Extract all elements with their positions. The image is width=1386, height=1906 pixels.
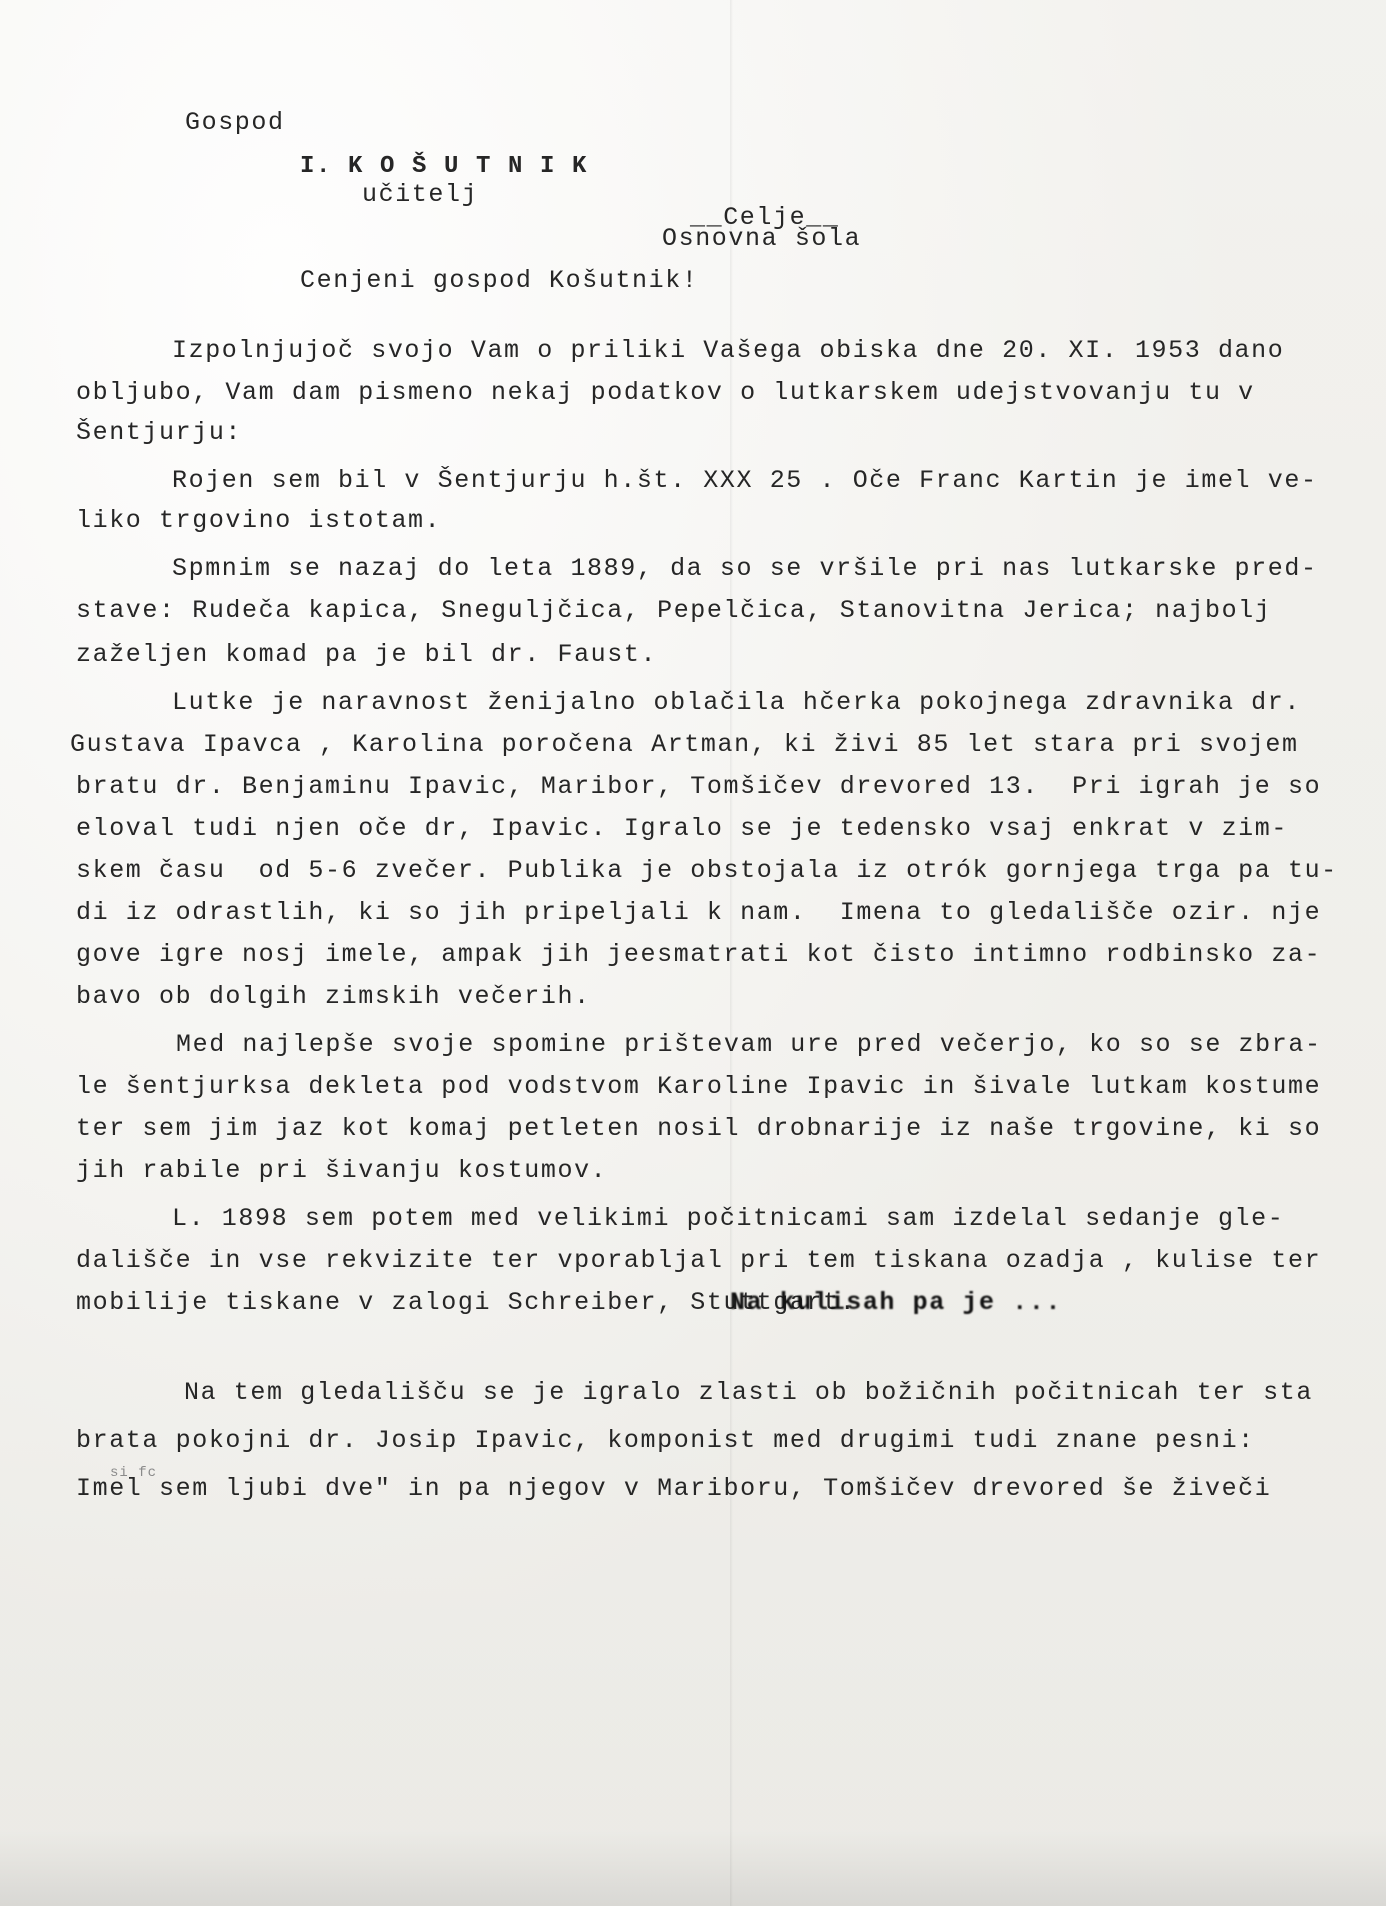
letter-line: eloval tudi njen oče dr, Ipavic. Igralo … — [76, 814, 1288, 844]
letter-line: Gustava Ipavca , Karolina poročena Artma… — [70, 730, 1299, 760]
letter-line: stave: Rudeča kapica, Sneguljčica, Pepel… — [76, 596, 1271, 626]
letter-line: dališče in vse rekvizite ter vporabljal … — [76, 1246, 1321, 1276]
letter-line: Na tem gledališču se je igralo zlasti ob… — [184, 1378, 1313, 1408]
letter-line: Izpolnjujoč svojo Vam o priliki Vašega o… — [172, 336, 1284, 366]
letter-line: Med najlepše svoje spomine prištevam ure… — [176, 1030, 1322, 1060]
salutation-label: Gospod — [185, 108, 285, 138]
letter-line: Imel sem ljubi dve" in pa njegov v Marib… — [76, 1474, 1271, 1504]
letter-line: di iz odrastlih, ki so jih pripeljali k … — [76, 898, 1321, 928]
letter-line: ter sem jim jaz kot komaj petleten nosil… — [76, 1114, 1321, 1144]
letter-line: obljubo, Vam dam pismeno nekaj podatkov … — [76, 378, 1255, 408]
letter-line: le šentjurksa dekleta pod vodstvom Karol… — [76, 1072, 1321, 1102]
letter-line: liko trgovino istotam. — [76, 506, 441, 536]
recipient-title: učitelj — [362, 180, 478, 210]
greeting: Cenjeni gospod Košutnik! — [300, 266, 698, 296]
letter-line: skem času od 5-6 zvečer. Publika je obst… — [76, 856, 1338, 886]
recipient-institution: Osnovna šola — [662, 224, 861, 254]
letter-line: bratu dr. Benjaminu Ipavic, Maribor, Tom… — [76, 772, 1321, 802]
letter-line: L. 1898 sem potem med velikimi počitnica… — [172, 1204, 1284, 1234]
letter-line: Rojen sem bil v Šentjurju h.št. XXX 25 .… — [172, 466, 1318, 496]
letter-line: Lutke je naravnost ženijalno oblačila hč… — [172, 688, 1301, 718]
letter-line: brata pokojni dr. Josip Ipavic, komponis… — [76, 1426, 1255, 1456]
letter-line: jih rabile pri šivanju kostumov. — [76, 1156, 607, 1186]
letter-line: zaželjen komad pa je bil dr. Faust. — [76, 640, 657, 670]
letter-line: Spmnim se nazaj do leta 1889, da so se v… — [172, 554, 1318, 584]
letter-page: Gospod I. K O Š U T N I K učitelj __Celj… — [0, 0, 1386, 1906]
crossed-out-text: Na kulisah pa je ... — [730, 1288, 1062, 1318]
letter-line: Šentjurju: — [76, 418, 242, 448]
recipient-name: I. K O Š U T N I K — [300, 152, 588, 182]
paper-fold-bottom — [0, 1830, 1386, 1906]
letter-line: gove igre nosj imele, ampak jih jeesmatr… — [76, 940, 1321, 970]
letter-line: bavo ob dolgih zimskih večerih. — [76, 982, 591, 1012]
